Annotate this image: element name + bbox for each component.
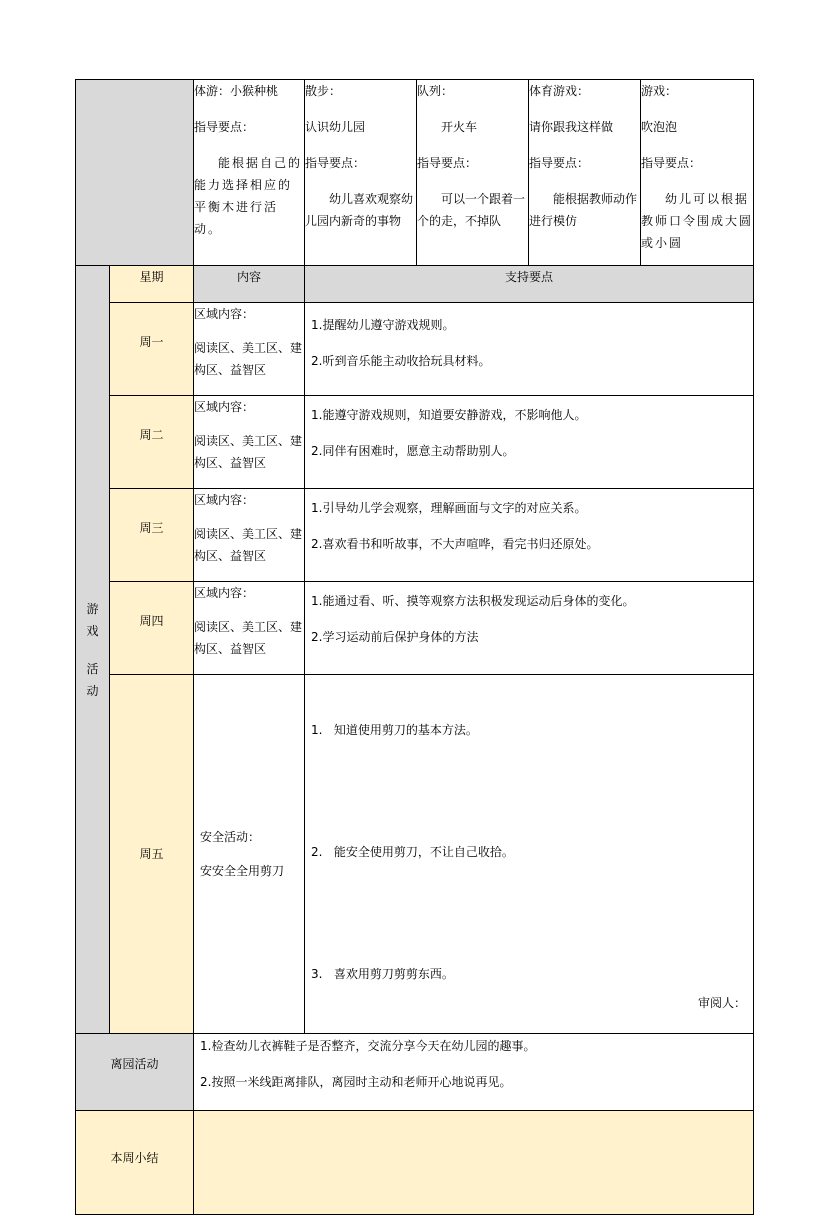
- support-cell: 1.能通过看、听、摸等观察方法积极发现运动后身体的变化。 2.学习运动前后保护身…: [305, 582, 754, 675]
- summary-label: 本周小结: [76, 1111, 194, 1215]
- content-cell: 区域内容： 阅读区、美工区、建构区、益智区: [194, 489, 305, 582]
- leaving-row: 离园活动 1.检查幼儿衣裤鞋子是否整齐，交流分享今天在幼儿园的趣事。 2.按照一…: [76, 1034, 754, 1111]
- label-char: 游: [76, 598, 109, 620]
- leaving-points-cell: 1.检查幼儿衣裤鞋子是否整齐，交流分享今天在幼儿园的趣事。 2.按照一米线距离排…: [194, 1034, 754, 1111]
- day-label: 周二: [110, 396, 194, 489]
- support-point: 2.喜欢看书和听故事，不大声喧哗，看完书归还原处。: [311, 533, 747, 555]
- activity-type: 游戏：: [641, 80, 753, 102]
- guide-text: 能根据教师动作进行模仿: [529, 188, 640, 232]
- support-point: 1. 知道使用剪刀的基本方法。: [311, 719, 747, 741]
- header-support: 支持要点: [305, 266, 754, 303]
- summary-input-cell[interactable]: [194, 1111, 754, 1215]
- guide-label: 指导要点：: [305, 152, 416, 174]
- summary-row: 本周小结: [76, 1111, 754, 1215]
- label-char: 戏: [76, 620, 109, 642]
- activity-cell-2: 散步： 认识幼儿园 指导要点： 幼儿喜欢观察幼儿园内新奇的事物: [305, 80, 417, 266]
- support-point: 2.同伴有困难时，愿意主动帮助别人。: [311, 440, 747, 462]
- activity-name: 请你跟我这样做: [529, 116, 640, 138]
- content-title: 安全活动：: [200, 826, 298, 848]
- header-day: 星期: [110, 266, 194, 303]
- support-cell: 1.提醒幼儿遵守游戏规则。 2.听到音乐能主动收拾玩具材料。: [305, 303, 754, 396]
- guide-label: 指导要点：: [529, 152, 640, 174]
- content-text: 安安全全用剪刀: [200, 860, 298, 882]
- day-label: 周一: [110, 303, 194, 396]
- support-point: 2. 能安全使用剪刀，不让自己收拾。: [311, 841, 747, 863]
- activity-type: 体游：小猴种桃: [194, 80, 304, 102]
- day-row-tue: 周二 区域内容： 阅读区、美工区、建构区、益智区 1.能遵守游戏规则，知道要安静…: [76, 396, 754, 489]
- game-header-row: 游 戏 活 动 星期 内容 支持要点: [76, 266, 754, 303]
- game-activity-label: 游 戏 活 动: [76, 266, 110, 1034]
- reviewer-label: 审阅人：: [698, 994, 746, 1011]
- day-text: 周三: [139, 521, 163, 535]
- support-point: 3. 喜欢用剪刀剪剪东西。: [311, 963, 747, 985]
- content-text: 阅读区、美工区、建构区、益智区: [194, 337, 304, 381]
- activity-name: 吹泡泡: [641, 116, 753, 138]
- content-title: 区域内容：: [194, 582, 304, 604]
- leaving-point: 2.按照一米线距离排队，离园时主动和老师开心地说再见。: [200, 1071, 747, 1093]
- day-label: 周四: [110, 582, 194, 675]
- support-point: 1.能遵守游戏规则，知道要安静游戏，不影响他人。: [311, 404, 747, 426]
- leaving-label: 离园活动: [76, 1034, 194, 1111]
- content-text: 阅读区、美工区、建构区、益智区: [194, 616, 304, 660]
- content-title: 区域内容：: [194, 396, 304, 418]
- document-page: 体游：小猴种桃 指导要点： 能根据自己的能力选择相应的平衡木进行活动。 散步： …: [0, 0, 827, 1170]
- day-row-mon: 周一 区域内容： 阅读区、美工区、建构区、益智区 1.提醒幼儿遵守游戏规则。 2…: [76, 303, 754, 396]
- activity-type: 体育游戏：: [529, 80, 640, 102]
- content-cell: 安全活动： 安安全全用剪刀: [194, 675, 305, 1034]
- content-cell: 区域内容： 阅读区、美工区、建构区、益智区: [194, 303, 305, 396]
- activity-cell-5: 游戏： 吹泡泡 指导要点： 幼儿可以根据教师口令围成大圆或小圆: [641, 80, 754, 266]
- content-cell: 区域内容： 阅读区、美工区、建构区、益智区: [194, 396, 305, 489]
- support-point: 2.学习运动前后保护身体的方法: [311, 626, 747, 648]
- day-text: 周二: [139, 428, 163, 442]
- activity-cell-4: 体育游戏： 请你跟我这样做 指导要点： 能根据教师动作进行模仿: [529, 80, 641, 266]
- guide-text: 幼儿可以根据教师口令围成大圆或小圆: [641, 188, 753, 254]
- label-char: 活: [76, 658, 109, 680]
- activity-cell-3: 队列： 开火车 指导要点： 可以一个跟着一个的走，不掉队: [417, 80, 529, 266]
- day-label: 周五: [110, 675, 194, 1034]
- header-content: 内容: [194, 266, 305, 303]
- content-cell: 区域内容： 阅读区、美工区、建构区、益智区: [194, 582, 305, 675]
- activity-type: 散步：: [305, 80, 416, 102]
- content-title: 区域内容：: [194, 303, 304, 325]
- guide-label: 指导要点：: [194, 116, 304, 138]
- day-label: 周三: [110, 489, 194, 582]
- activity-type: 队列：: [417, 80, 528, 102]
- support-cell: 1.能遵守游戏规则，知道要安静游戏，不影响他人。 2.同伴有困难时，愿意主动帮助…: [305, 396, 754, 489]
- leaving-label-text: 离园活动: [110, 1057, 158, 1071]
- guide-text: 幼儿喜欢观察幼儿园内新奇的事物: [305, 188, 416, 232]
- outdoor-activities-row: 体游：小猴种桃 指导要点： 能根据自己的能力选择相应的平衡木进行活动。 散步： …: [76, 80, 754, 266]
- outdoor-label-cell: [76, 80, 194, 266]
- leaving-point: 1.检查幼儿衣裤鞋子是否整齐，交流分享今天在幼儿园的趣事。: [200, 1035, 747, 1057]
- guide-text: 能根据自己的能力选择相应的平衡木进行活动。: [194, 152, 304, 240]
- support-point: 2.听到音乐能主动收拾玩具材料。: [311, 350, 747, 372]
- day-row-wed: 周三 区域内容： 阅读区、美工区、建构区、益智区 1.引导幼儿学会观察，理解画面…: [76, 489, 754, 582]
- content-text: 阅读区、美工区、建构区、益智区: [194, 430, 304, 474]
- guide-label: 指导要点：: [417, 152, 528, 174]
- content-text: 阅读区、美工区、建构区、益智区: [194, 523, 304, 567]
- summary-label-text: 本周小结: [110, 1151, 158, 1165]
- activity-name: 开火车: [417, 116, 528, 138]
- support-cell: 1.引导幼儿学会观察，理解画面与文字的对应关系。 2.喜欢看书和听故事，不大声喧…: [305, 489, 754, 582]
- day-text: 周五: [139, 847, 163, 861]
- day-row-fri: 周五 安全活动： 安安全全用剪刀 1. 知道使用剪刀的基本方法。 2. 能安全使…: [76, 675, 754, 1034]
- guide-label: 指导要点：: [641, 152, 753, 174]
- day-text: 周一: [139, 335, 163, 349]
- activity-cell-1: 体游：小猴种桃 指导要点： 能根据自己的能力选择相应的平衡木进行活动。: [194, 80, 305, 266]
- weekly-plan-table: 体游：小猴种桃 指导要点： 能根据自己的能力选择相应的平衡木进行活动。 散步： …: [75, 79, 754, 1215]
- activity-name: 认识幼儿园: [305, 116, 416, 138]
- support-point: 1.能通过看、听、摸等观察方法积极发现运动后身体的变化。: [311, 590, 747, 612]
- day-row-thu: 周四 区域内容： 阅读区、美工区、建构区、益智区 1.能通过看、听、摸等观察方法…: [76, 582, 754, 675]
- guide-text: 可以一个跟着一个的走，不掉队: [417, 188, 528, 232]
- content-title: 区域内容：: [194, 489, 304, 511]
- day-text: 周四: [139, 614, 163, 628]
- support-point: 1.提醒幼儿遵守游戏规则。: [311, 314, 747, 336]
- label-char: 动: [76, 680, 109, 702]
- support-point: 1.引导幼儿学会观察，理解画面与文字的对应关系。: [311, 497, 747, 519]
- support-cell: 1. 知道使用剪刀的基本方法。 2. 能安全使用剪刀，不让自己收拾。 3. 喜欢…: [305, 675, 754, 1034]
